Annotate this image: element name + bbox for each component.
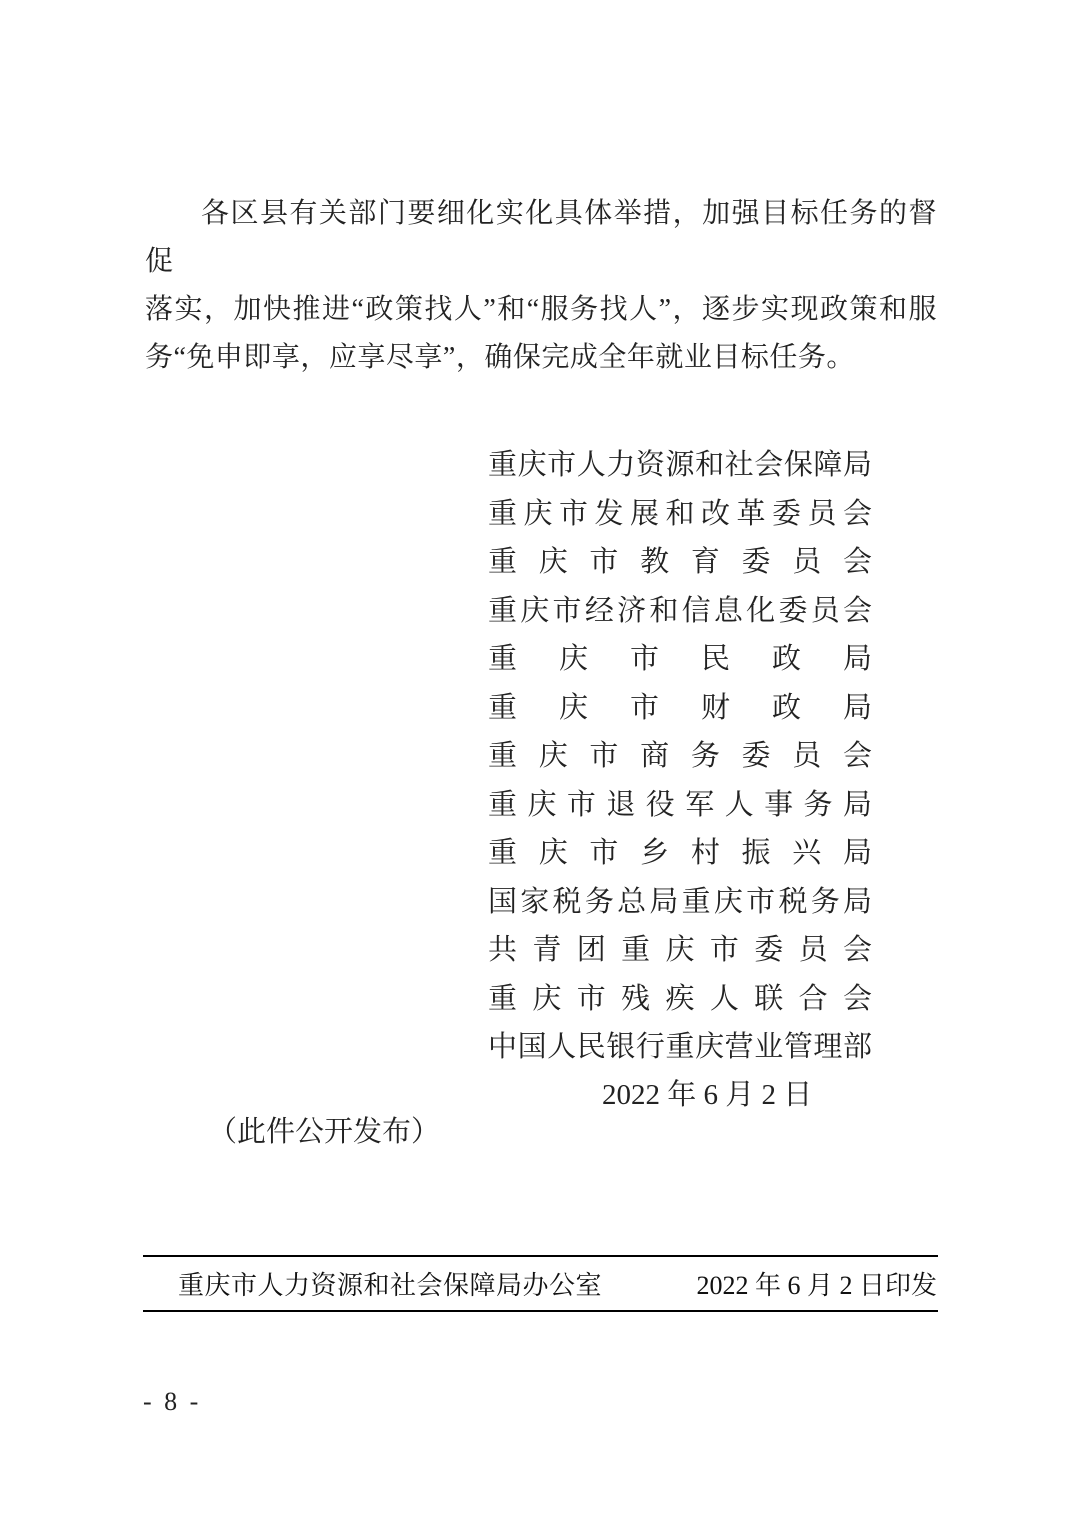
body-line: 落实，加快推进“政策找人”和“服务找人”，逐步实现政策和服 <box>145 286 937 334</box>
body-paragraph: 各区县有关部门要细化实化具体举措，加强目标任务的督促 落实，加快推进“政策找人”… <box>145 190 937 382</box>
signatory-line: 中国人民银行重庆营业管理部 <box>488 1023 872 1072</box>
body-line: 务“免申即享，应享尽享”，确保完成全年就业目标任务。 <box>145 334 937 382</box>
signatory-line: 重庆市人力资源和社会保障局 <box>488 441 872 490</box>
signatory-line: 重庆市退役军人事务局 <box>488 781 872 830</box>
body-line: 各区县有关部门要细化实化具体举措，加强目标任务的督促 <box>145 190 937 286</box>
document-page: 各区县有关部门要细化实化具体举措，加强目标任务的督促 落实，加快推进“政策找人”… <box>0 0 1076 1520</box>
signatory-line: 重庆市财政局 <box>488 684 872 733</box>
print-date: 2022 年 6 月 2 日印发 <box>696 1265 938 1302</box>
page-number: - 8 - <box>143 1389 201 1415</box>
issuing-office: 重庆市人力资源和社会保障局办公室 <box>143 1265 602 1302</box>
signatory-line: 重庆市乡村振兴局 <box>488 829 872 878</box>
document-footer: 重庆市人力资源和社会保障局办公室 2022 年 6 月 2 日印发 <box>143 1255 938 1312</box>
signatory-line: 重庆市经济和信息化委员会 <box>488 587 872 636</box>
signatory-line: 共青团重庆市委员会 <box>488 926 872 975</box>
signatory-line: 重庆市商务委员会 <box>488 732 872 781</box>
public-release-note: （此件公开发布） <box>208 1108 440 1156</box>
signatory-line: 重庆市民政局 <box>488 635 872 684</box>
signatory-line: 重庆市教育委员会 <box>488 538 872 587</box>
signatory-line: 重庆市残疾人联合会 <box>488 975 872 1024</box>
document-date: 2022 年 6 月 2 日 <box>602 1071 812 1119</box>
signatory-line: 国家税务总局重庆市税务局 <box>488 878 872 927</box>
signatory-list: 重庆市人力资源和社会保障局 重庆市发展和改革委员会 重庆市教育委员会 重庆市经济… <box>488 441 872 1072</box>
signatory-line: 重庆市发展和改革委员会 <box>488 490 872 539</box>
